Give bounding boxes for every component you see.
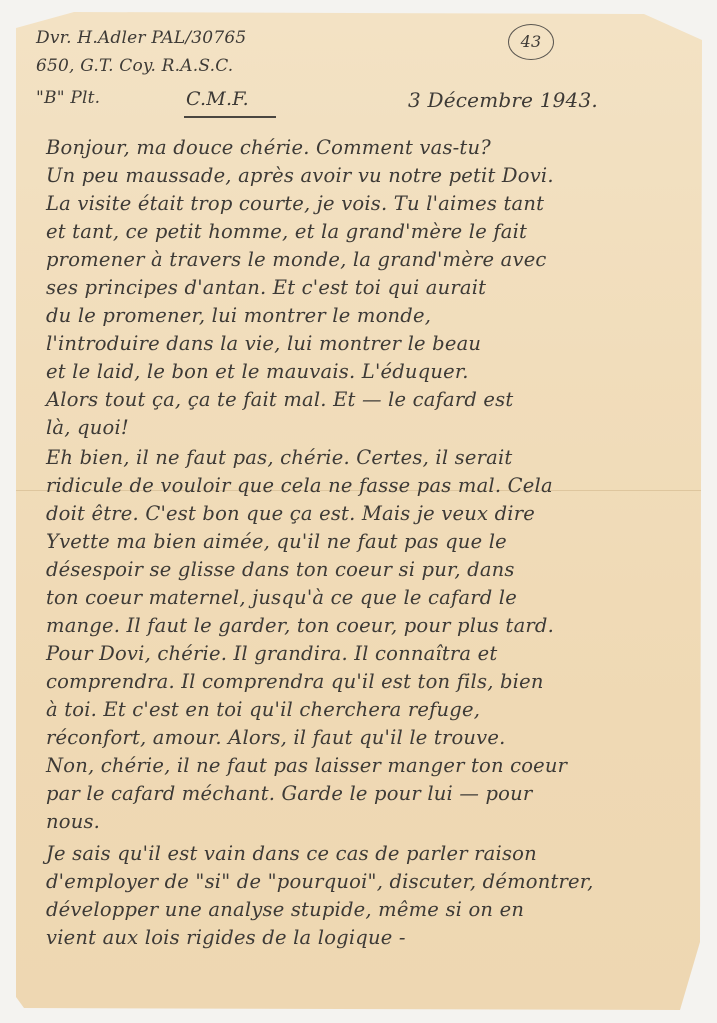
body-line: là, quoi! [46,416,129,439]
body-line: ses principes d'antan. Et c'est toi qui … [46,276,486,299]
body-line: l'introduire dans la vie, lui montrer le… [46,332,481,355]
body-line: vient aux lois rigides de la logique - [46,926,406,949]
body-line: doit être. C'est bon que ça est. Mais je… [46,502,535,525]
body-line: Un peu maussade, après avoir vu notre pe… [46,164,554,187]
body-line: Pour Dovi, chérie. Il grandira. Il conna… [46,642,497,665]
body-line: mange. Il faut le garder, ton coeur, pou… [46,614,554,637]
body-line: par le cafard méchant. Garde le pour lui… [46,782,532,805]
body-line: et tant, ce petit homme, et la grand'mèr… [46,220,527,243]
body-line: Eh bien, il ne faut pas, chérie. Certes,… [46,446,512,469]
body-line: développer une analyse stupide, même si … [46,898,524,921]
body-line: Yvette ma bien aimée, qu'il ne faut pas … [46,530,507,553]
sender-line-2: 650, G.T. Coy. R.A.S.C. [36,56,233,76]
body-line: à toi. Et c'est en toi qu'il cherchera r… [46,698,480,721]
body-line: du le promener, lui montrer le monde, [46,304,431,327]
body-line: promener à travers le monde, la grand'mè… [46,248,547,271]
body-line: et le laid, le bon et le mauvais. L'éduq… [46,360,469,383]
page-number-circle: 43 [508,24,554,60]
body-line: Alors tout ça, ça te fait mal. Et — le c… [46,388,513,411]
body-line: réconfort, amour. Alors, il faut qu'il l… [46,726,506,749]
body-line: d'employer de "si" de "pourquoi", discut… [46,870,594,893]
body-line: comprendra. Il comprendra qu'il est ton … [46,670,544,693]
body-line: ton coeur maternel, jusqu'à ce que le ca… [46,586,517,609]
sender-line-3: "B" Plt. [36,88,100,108]
sender-line-1: Dvr. H.Adler PAL/30765 [36,28,246,48]
body-line: désespoir se glisse dans ton coeur si pu… [46,558,515,581]
unit-underline [184,116,276,118]
body-line: Non, chérie, il ne faut pas laisser mang… [46,754,567,777]
body-line: ridicule de vouloir que cela ne fasse pa… [46,474,553,497]
body-line: nous. [46,810,100,833]
body-line: La visite était trop courte, je vois. Tu… [46,192,544,215]
body-line: Je sais qu'il est vain dans ce cas de pa… [46,842,537,865]
body-line: Bonjour, ma douce chérie. Comment vas-tu… [46,136,491,159]
letter-paper: Dvr. H.Adler PAL/30765 650, G.T. Coy. R.… [16,12,702,1010]
unit-label: C.M.F. [186,88,249,110]
letter-date: 3 Décembre 1943. [408,88,598,112]
